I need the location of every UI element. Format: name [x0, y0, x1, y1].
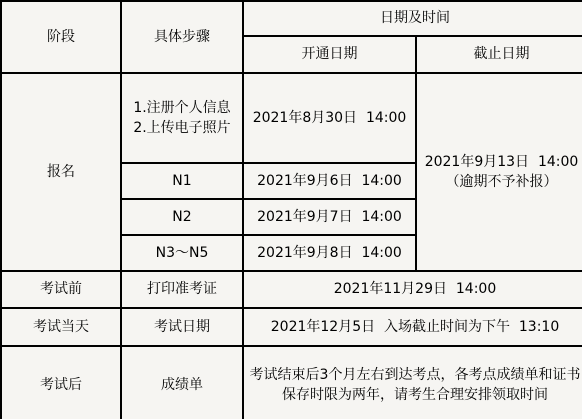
close-date-line1: 2021年9月13日 14:00 [417, 152, 582, 172]
header-steps: 具体步骤 [121, 1, 243, 73]
stage-cell-exam-day: 考试当天 [1, 308, 121, 346]
step-cell-n1: N1 [121, 163, 243, 199]
stage-cell-after-exam: 考试后 [1, 346, 121, 419]
step-register-line1: 1.注册个人信息 [122, 98, 242, 118]
header-datetime-group: 日期及时间 [243, 1, 582, 36]
open-date-n2: 2021年9月7日 14:00 [257, 209, 402, 225]
header-row-group: 阶段 具体步骤 日期及时间 [1, 1, 582, 36]
stage-cell-registration: 报名 [1, 73, 121, 271]
step-register-line2: 2.上传电子照片 [122, 118, 242, 138]
close-date-cell-registration: 2021年9月13日 14:00 （逾期不予补报） [416, 73, 582, 271]
open-date-cell-n1: 2021年9月6日 14:00 [243, 163, 416, 199]
open-date-n1: 2021年9月6日 14:00 [257, 173, 402, 189]
step-cell-n3n5: N3～N5 [121, 235, 243, 271]
value-exam-date: 2021年12月5日 入场截止时间为下午 13:10 [271, 319, 560, 335]
open-date-cell-n2: 2021年9月7日 14:00 [243, 199, 416, 235]
exam-schedule-page: 阶段 具体步骤 日期及时间 开通日期 截止日期 报名 1.注册个人信息 2.上传… [0, 0, 582, 419]
value-print-ticket: 2021年11月29日 14:00 [334, 281, 497, 297]
header-close-date: 截止日期 [416, 36, 582, 73]
step-cell-print-ticket: 打印准考证 [121, 271, 243, 308]
table-row-register-info: 报名 1.注册个人信息 2.上传电子照片 2021年8月30日 14:00 20… [1, 73, 582, 163]
step-cell-register-info: 1.注册个人信息 2.上传电子照片 [121, 73, 243, 163]
header-stage: 阶段 [1, 1, 121, 73]
value-cell-score-report: 考试结束后3个月左右到达考点，各考点成绩单和证书 保存时限为两年，请考生合理安排… [243, 346, 582, 419]
open-date-cell-n3n5: 2021年9月8日 14:00 [243, 235, 416, 271]
step-cell-score-report: 成绩单 [121, 346, 243, 419]
value-cell-print-ticket: 2021年11月29日 14:00 [243, 271, 582, 308]
close-date-line2: （逾期不予补报） [417, 172, 582, 192]
table-row-exam-day: 考试当天 考试日期 2021年12月5日 入场截止时间为下午 13:10 [1, 308, 582, 346]
exam-schedule-table: 阶段 具体步骤 日期及时间 开通日期 截止日期 报名 1.注册个人信息 2.上传… [0, 0, 582, 419]
value-cell-exam-date: 2021年12月5日 入场截止时间为下午 13:10 [243, 308, 582, 346]
table-row-before-exam: 考试前 打印准考证 2021年11月29日 14:00 [1, 271, 582, 308]
table-row-after-exam: 考试后 成绩单 考试结束后3个月左右到达考点，各考点成绩单和证书 保存时限为两年… [1, 346, 582, 419]
open-date-register: 2021年8月30日 14:00 [253, 110, 407, 126]
open-date-cell-register: 2021年8月30日 14:00 [243, 73, 416, 163]
header-open-date: 开通日期 [243, 36, 416, 73]
stage-cell-before-exam: 考试前 [1, 271, 121, 308]
value-score-report-line2: 保存时限为两年，请考生合理安排领取时间 [244, 385, 582, 405]
value-score-report-line1: 考试结束后3个月左右到达考点，各考点成绩单和证书 [244, 365, 582, 385]
step-cell-n2: N2 [121, 199, 243, 235]
step-cell-exam-date: 考试日期 [121, 308, 243, 346]
open-date-n3n5: 2021年9月8日 14:00 [257, 245, 402, 261]
